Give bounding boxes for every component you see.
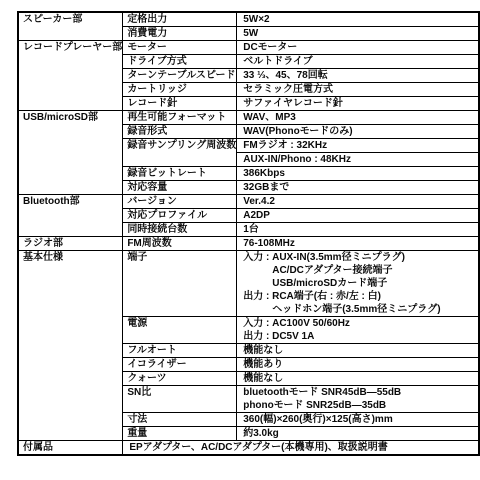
- spec-value-cell: 約3.0kg: [237, 427, 479, 441]
- spec-label-cell: 同時接続台数: [123, 223, 237, 237]
- spec-value-cell: A2DP: [237, 209, 479, 223]
- table-row: USB/microSD部再生可能フォーマットWAV、MP3: [18, 111, 479, 125]
- spec-table-body: スピーカー部定格出力5W×2消費電力5Wレコードプレーヤー部モーターDCモーター…: [18, 12, 479, 455]
- value-line: 入力 : AUX-IN(3.5mm径ミニプラグ): [243, 251, 478, 264]
- table-row: Bluetooth部バージョンVer.4.2: [18, 195, 479, 209]
- spec-value-cell: セラミック圧電方式: [237, 83, 479, 97]
- spec-label-cell: ドライブ方式: [123, 55, 237, 69]
- spec-value-cell: 360(幅)×260(奥行)×125(高さ)mm: [237, 413, 479, 427]
- value-line: USB/microSDカード端子: [243, 277, 478, 290]
- spec-value-cell: 5W: [237, 27, 479, 41]
- category-cell-1: レコードプレーヤー部: [18, 41, 123, 111]
- table-row: レコードプレーヤー部モーターDCモーター: [18, 41, 479, 55]
- category-cell-0: スピーカー部: [18, 12, 123, 41]
- category-cell-6: 付属品: [18, 441, 123, 456]
- spec-value-cell: WAV(Phonoモードのみ): [237, 125, 479, 139]
- table-row: ラジオ部FM周波数76-108MHz: [18, 237, 479, 251]
- spec-table: スピーカー部定格出力5W×2消費電力5Wレコードプレーヤー部モーターDCモーター…: [17, 11, 480, 456]
- value-line: AC/DCアダプター接続端子: [243, 264, 478, 277]
- category-cell-4: ラジオ部: [18, 237, 123, 251]
- spec-value-cell: 5W×2: [237, 12, 479, 27]
- table-row: 付属品EPアダプター、AC/DCアダプター(本機専用)、取扱説明書: [18, 441, 479, 456]
- spec-value-cell: DCモーター: [237, 41, 479, 55]
- spec-value-cell: Ver.4.2: [237, 195, 479, 209]
- spec-label-cell: 録音サンプリング周波数: [123, 139, 237, 167]
- spec-label-cell: 録音形式: [123, 125, 237, 139]
- spec-label-cell: 録音ビットレート: [123, 167, 237, 181]
- spec-value-cell: 機能あり: [237, 358, 479, 372]
- spec-label-cell: イコライザー: [123, 358, 237, 372]
- category-cell-2: USB/microSD部: [18, 111, 123, 195]
- spec-label-cell: クォーツ: [123, 372, 237, 386]
- spec-value-cell: WAV、MP3: [237, 111, 479, 125]
- value-line: 出力 : DC5V 1A: [243, 330, 478, 343]
- spec-label-cell: モーター: [123, 41, 237, 55]
- spec-label-cell: カートリッジ: [123, 83, 237, 97]
- value-line: 入力 : AC100V 50/60Hz: [243, 317, 478, 330]
- value-line: 出力 : RCA端子(右 : 赤/左 : 白): [243, 290, 478, 303]
- spec-value-cell: FMラジオ : 32KHz: [237, 139, 479, 153]
- spec-label-cell: 電源: [123, 317, 237, 344]
- spec-label-cell: 寸法: [123, 413, 237, 427]
- table-row: 基本仕様端子入力 : AUX-IN(3.5mm径ミニプラグ)AC/DCアダプター…: [18, 251, 479, 317]
- spec-value-cell: サファイヤレコード針: [237, 97, 479, 111]
- table-row: スピーカー部定格出力5W×2: [18, 12, 479, 27]
- spec-value-cell: AUX-IN/Phono : 48KHz: [237, 153, 479, 167]
- spec-sheet-page: スピーカー部定格出力5W×2消費電力5Wレコードプレーヤー部モーターDCモーター…: [0, 0, 480, 480]
- spec-value-cell: 入力 : AC100V 50/60Hz出力 : DC5V 1A: [237, 317, 479, 344]
- spec-label-cell: フルオート: [123, 344, 237, 358]
- spec-value-cell: 機能なし: [237, 344, 479, 358]
- spec-value-cell: 機能なし: [237, 372, 479, 386]
- value-line: phonoモード SNR25dB—35dB: [243, 399, 478, 412]
- spec-value-cell: 入力 : AUX-IN(3.5mm径ミニプラグ)AC/DCアダプター接続端子US…: [237, 251, 479, 317]
- spec-label-cell: 重量: [123, 427, 237, 441]
- spec-value-cell: bluetoothモード SNR45dB—55dBphonoモード SNR25d…: [237, 386, 479, 413]
- spec-label-cell: レコード針: [123, 97, 237, 111]
- spec-value-cell: ベルトドライブ: [237, 55, 479, 69]
- spec-label-cell: 消費電力: [123, 27, 237, 41]
- category-cell-3: Bluetooth部: [18, 195, 123, 237]
- spec-label-cell: 定格出力: [123, 12, 237, 27]
- spec-value-cell: 33 ⅓、45、78回転: [237, 69, 479, 83]
- spec-label-cell: バージョン: [123, 195, 237, 209]
- spec-label-cell: 端子: [123, 251, 237, 317]
- spec-value-cell: 386Kbps: [237, 167, 479, 181]
- category-cell-5: 基本仕様: [18, 251, 123, 441]
- spec-label-cell: 対応プロファイル: [123, 209, 237, 223]
- spec-label-cell: 再生可能フォーマット: [123, 111, 237, 125]
- spec-label-cell: ターンテーブルスピード: [123, 69, 237, 83]
- value-line: ヘッドホン端子(3.5mm径ミニプラグ): [243, 303, 478, 316]
- spec-value-cell: 32GBまで: [237, 181, 479, 195]
- value-line: bluetoothモード SNR45dB—55dB: [243, 386, 478, 399]
- spec-value-cell: 1台: [237, 223, 479, 237]
- spec-label-cell: SN比: [123, 386, 237, 413]
- spec-value-cell: 76-108MHz: [237, 237, 479, 251]
- spec-label-cell: FM周波数: [123, 237, 237, 251]
- spec-value-cell: EPアダプター、AC/DCアダプター(本機専用)、取扱説明書: [123, 441, 479, 456]
- spec-label-cell: 対応容量: [123, 181, 237, 195]
